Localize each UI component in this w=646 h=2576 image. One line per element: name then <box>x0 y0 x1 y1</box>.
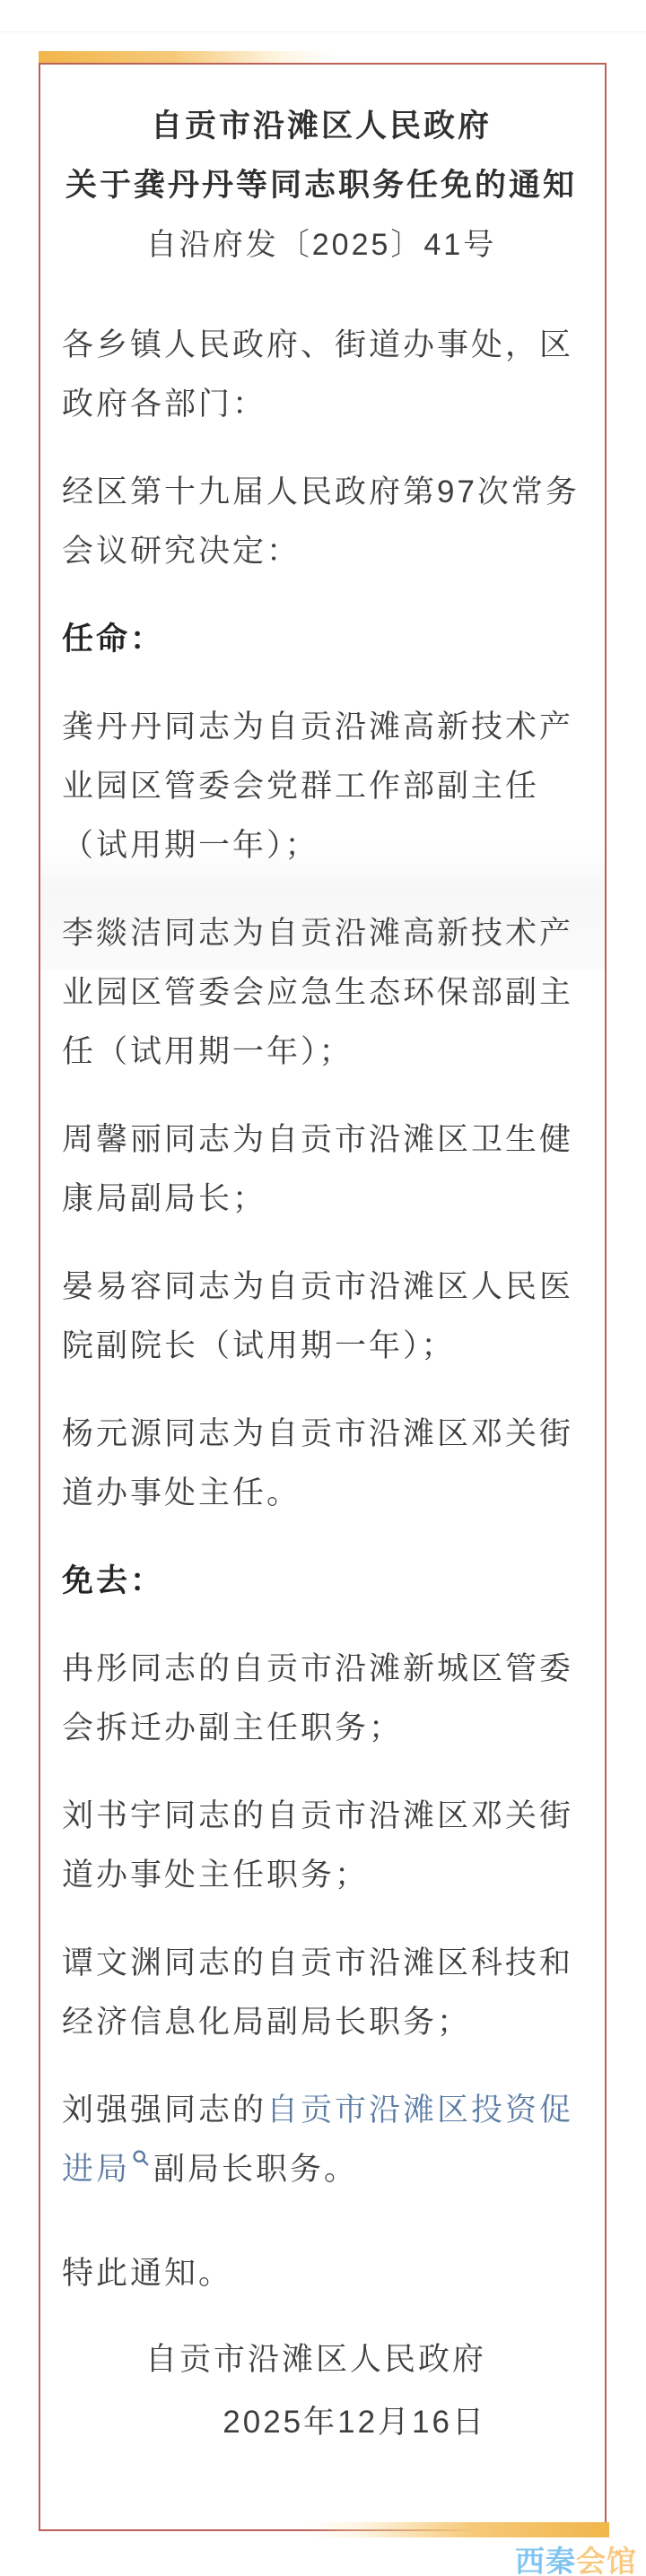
para-decision: 经区第十九届人民政府第97次常务会议研究决定： <box>62 463 581 581</box>
para-remove-3: 谭文渊同志的自贡市沿滩区科技和经济信息化局副局长职务； <box>62 1934 581 2052</box>
para-remove-2: 刘书宇同志的自贡市沿滩区邓关街道办事处主任职务； <box>62 1787 581 1905</box>
header-divider <box>0 31 646 32</box>
signature-date: 2025年12月16日 <box>62 2393 581 2452</box>
para-appoint-2: 李燚洁同志为自贡沿滩高新技术产业园区管委会应急生态环保部副主任（试用期一年）； <box>62 904 581 1082</box>
watermark-part1: 西秦 <box>515 2545 576 2576</box>
para-appoint-3: 周馨丽同志为自贡市沿滩区卫生健康局副局长； <box>62 1110 581 1229</box>
search-icon <box>132 2149 150 2167</box>
para-remove-4-prefix: 刘强强同志的 <box>62 2093 266 2128</box>
para-remove-heading: 免去： <box>62 1552 581 1611</box>
gold-accent-bottom <box>306 2522 609 2537</box>
para-remove-1: 冉彤同志的自贡市沿滩新城区管委会拆迁办副主任职务； <box>62 1640 581 1758</box>
watermark: 西秦会馆 <box>515 2538 637 2576</box>
para-appoint-1: 龚丹丹同志为自贡沿滩高新技术产业园区管委会党群工作部副主任（试用期一年）； <box>62 698 581 875</box>
signature-org: 自贡市沿滩区人民政府 <box>62 2330 581 2389</box>
doc-title-subject: 关于龚丹丹等同志职务任免的通知 <box>62 156 581 215</box>
article-page: 自贡市沿滩区人民政府 关于龚丹丹等同志职务任免的通知 自沿府发〔2025〕41号… <box>0 0 646 2576</box>
doc-number: 自沿府发〔2025〕41号 <box>62 215 581 274</box>
closing-note: 特此通知。 <box>62 2244 581 2303</box>
doc-title-org: 自贡市沿滩区人民政府 <box>62 97 581 156</box>
para-addressees: 各乡镇人民政府、街道办事处，区政府各部门： <box>62 316 581 434</box>
notice-card: 自贡市沿滩区人民政府 关于龚丹丹等同志职务任免的通知 自沿府发〔2025〕41号… <box>39 63 607 2531</box>
para-appoint-4: 晏易容同志为自贡市沿滩区人民医院副院长（试用期一年）； <box>62 1258 581 1376</box>
para-appoint-5: 杨元源同志为自贡市沿滩区邓关街道办事处主任。 <box>62 1405 581 1523</box>
para-remove-4-suffix: 副局长职务。 <box>153 2152 358 2187</box>
watermark-part2: 会馆 <box>576 2545 637 2576</box>
para-appoint-heading: 任命： <box>62 610 581 669</box>
gold-accent-top <box>39 51 335 63</box>
para-remove-4: 刘强强同志的自贡市沿滩区投资促进局副局长职务。 <box>62 2081 581 2199</box>
